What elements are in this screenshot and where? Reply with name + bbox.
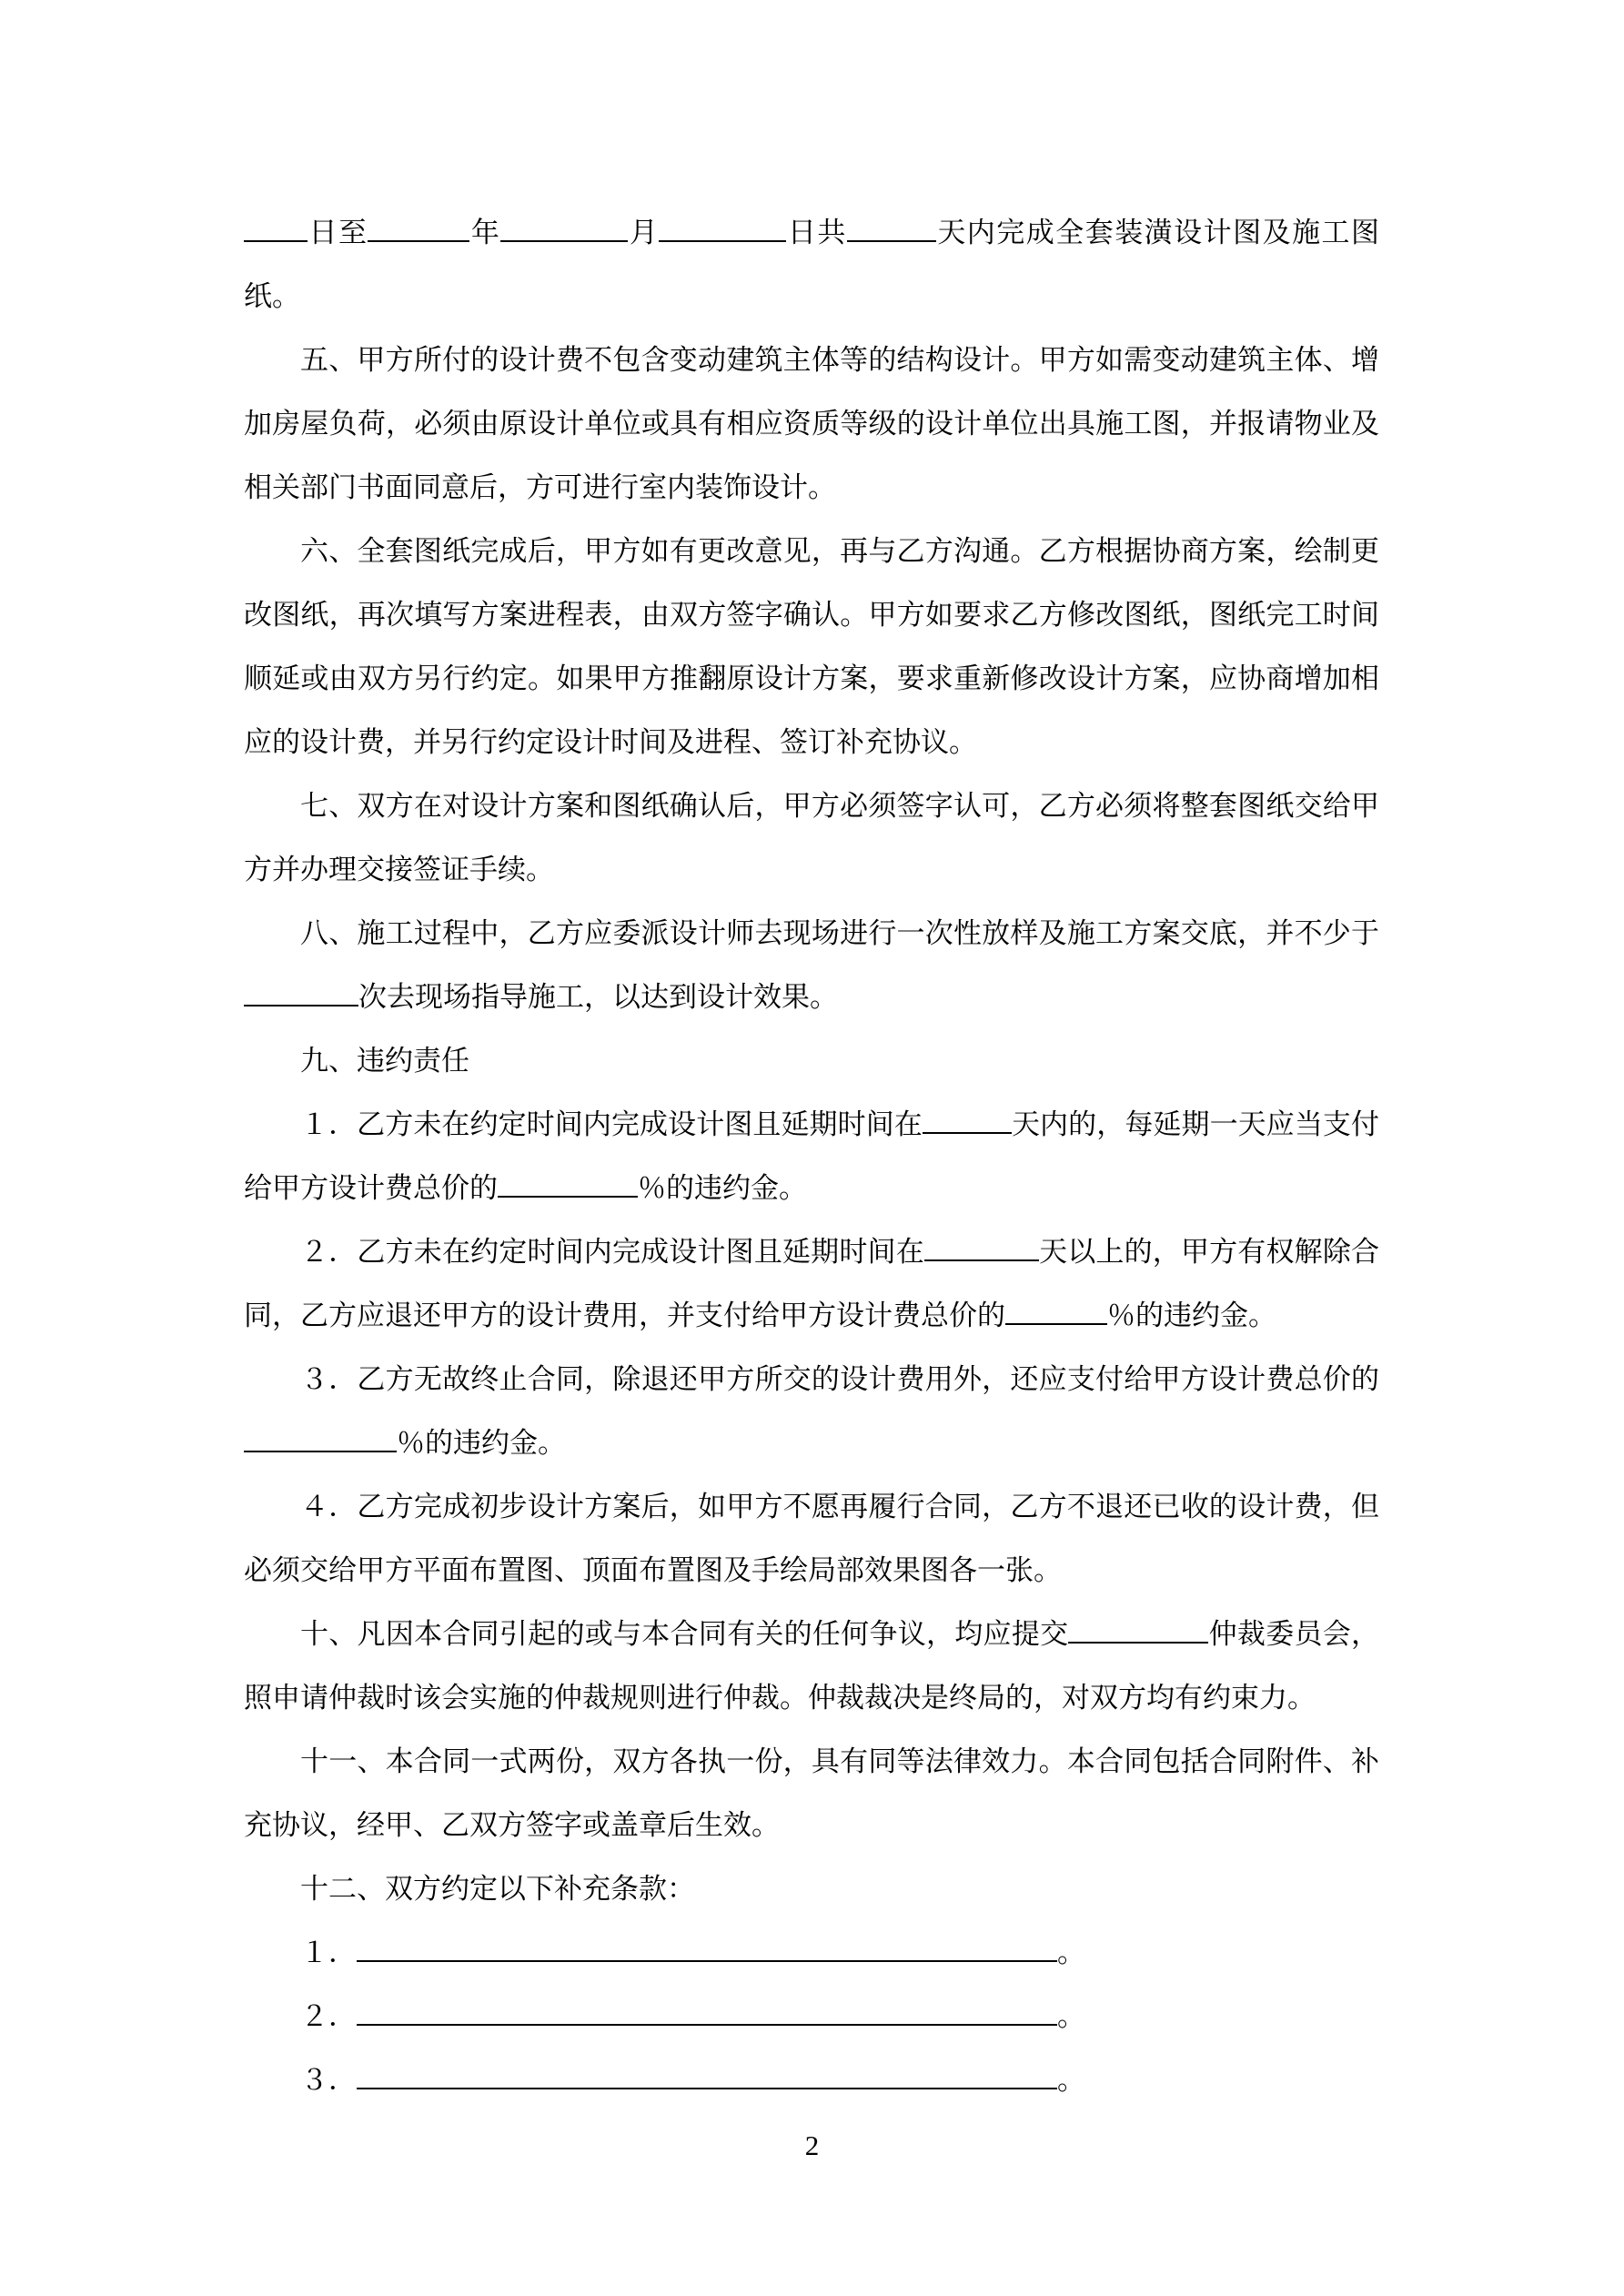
fill-in-blank (1068, 1638, 1208, 1644)
contract-line: 改图纸，再次填写方案进程表，由双方签字确认。甲方如要求乙方修改图纸，图纸完工时间 (244, 583, 1379, 647)
fill-in-blank (357, 2084, 1057, 2089)
contract-body-text: 日至年月日共天内完成全套装潢设计图及施工图纸。五、甲方所付的设计费不包含变动建筑… (244, 201, 1379, 2112)
contract-line: 七、双方在对设计方案和图纸确认后，甲方必须签字认可，乙方必须将整套图纸交给甲 (244, 774, 1379, 838)
contract-line: 五、甲方所付的设计费不包含变动建筑主体等的结构设计。甲方如需变动建筑主体、增 (244, 329, 1379, 392)
contract-line: 方并办理交接签证手续。 (244, 838, 1379, 902)
fill-in-blank (1005, 1320, 1107, 1325)
contract-line: ％的违约金。 (244, 1411, 1379, 1475)
document-page: { "document": { "language": "zh-CN", "ty… (0, 0, 1624, 2296)
page-number: 2 (0, 2114, 1624, 2178)
fill-in-blank (500, 237, 628, 242)
paragraph: ２．。 (244, 1985, 1379, 2048)
contract-line: 充协议，经甲、乙双方签字或盖章后生效。 (244, 1794, 1379, 1857)
contract-line: 照申请仲裁时该会实施的仲裁规则进行仲裁。仲裁裁决是终局的，对双方均有约束力。 (244, 1666, 1379, 1730)
fill-in-blank (368, 237, 469, 242)
paragraph: 六、全套图纸完成后，甲方如有更改意见，再与乙方沟通。乙方根据协商方案，绘制更改图… (244, 520, 1379, 774)
contract-line: 十、凡因本合同引起的或与本合同有关的任何争议，均应提交仲裁委员会，按 (244, 1603, 1379, 1666)
contract-line: ３．。 (244, 2048, 1379, 2112)
paragraph: 十、凡因本合同引起的或与本合同有关的任何争议，均应提交仲裁委员会，按照申请仲裁时… (244, 1603, 1379, 1730)
contract-line: 十一、本合同一式两份，双方各执一份，具有同等法律效力。本合同包括合同附件、补 (244, 1730, 1379, 1794)
contract-line: 加房屋负荷，必须由原设计单位或具有相应资质等级的设计单位出具施工图，并报请物业及 (244, 392, 1379, 456)
contract-line: ２．。 (244, 1985, 1379, 2048)
fill-in-blank (357, 2020, 1057, 2026)
paragraph: ３．。 (244, 2048, 1379, 2112)
contract-line: 日至年月日共天内完成全套装潢设计图及施工图 (244, 201, 1379, 265)
contract-line: 六、全套图纸完成后，甲方如有更改意见，再与乙方沟通。乙方根据协商方案，绘制更 (244, 520, 1379, 583)
fill-in-blank (847, 237, 936, 242)
contract-line: ３．乙方无故终止合同，除退还甲方所交的设计费用外，还应支付给甲方设计费总价的 (244, 1348, 1379, 1411)
fill-in-blank (659, 237, 786, 242)
paragraph: 十二、双方约定以下补充条款： (244, 1857, 1379, 1921)
paragraph: 七、双方在对设计方案和图纸确认后，甲方必须签字认可，乙方必须将整套图纸交给甲方并… (244, 774, 1379, 902)
paragraph: 日至年月日共天内完成全套装潢设计图及施工图纸。 (244, 201, 1379, 329)
paragraph: 五、甲方所付的设计费不包含变动建筑主体等的结构设计。甲方如需变动建筑主体、增加房… (244, 329, 1379, 520)
contract-line: 纸。 (244, 265, 1379, 329)
contract-line: 次去现场指导施工，以达到设计效果。 (244, 966, 1379, 1029)
paragraph: ４．乙方完成初步设计方案后，如甲方不愿再履行合同，乙方不退还已收的设计费，但必须… (244, 1475, 1379, 1603)
contract-line: 九、违约责任 (244, 1029, 1379, 1093)
contract-line: 给甲方设计费总价的％的违约金。 (244, 1157, 1379, 1220)
contract-line: ４．乙方完成初步设计方案后，如甲方不愿再履行合同，乙方不退还已收的设计费，但 (244, 1475, 1379, 1539)
contract-line: １．乙方未在约定时间内完成设计图且延期时间在天内的，每延期一天应当支付 (244, 1093, 1379, 1157)
fill-in-blank (923, 1128, 1012, 1134)
paragraph: ３．乙方无故终止合同，除退还甲方所交的设计费用外，还应支付给甲方设计费总价的％的… (244, 1348, 1379, 1475)
paragraph: １．乙方未在约定时间内完成设计图且延期时间在天内的，每延期一天应当支付给甲方设计… (244, 1093, 1379, 1220)
paragraph: ２．乙方未在约定时间内完成设计图且延期时间在天以上的，甲方有权解除合同，乙方应退… (244, 1220, 1379, 1348)
contract-line: １．。 (244, 1921, 1379, 1985)
contract-line: 必须交给甲方平面布置图、顶面布置图及手绘局部效果图各一张。 (244, 1539, 1379, 1603)
contract-line: ２．乙方未在约定时间内完成设计图且延期时间在天以上的，甲方有权解除合 (244, 1220, 1379, 1284)
paragraph: 九、违约责任 (244, 1029, 1379, 1093)
contract-line: 同，乙方应退还甲方的设计费用，并支付给甲方设计费总价的％的违约金。 (244, 1284, 1379, 1348)
fill-in-blank (924, 1256, 1039, 1261)
contract-line: 顺延或由双方另行约定。如果甲方推翻原设计方案，要求重新修改设计方案，应协商增加相 (244, 647, 1379, 711)
fill-in-blank (244, 1447, 397, 1452)
paragraph: 八、施工过程中，乙方应委派设计师去现场进行一次性放样及施工方案交底，并不少于次去… (244, 902, 1379, 1029)
paragraph: 十一、本合同一式两份，双方各执一份，具有同等法律效力。本合同包括合同附件、补充协… (244, 1730, 1379, 1857)
contract-line: 八、施工过程中，乙方应委派设计师去现场进行一次性放样及施工方案交底，并不少于 (244, 902, 1379, 966)
paragraph: １．。 (244, 1921, 1379, 1985)
fill-in-blank (498, 1192, 638, 1198)
contract-line: 应的设计费，并另行约定设计时间及进程、签订补充协议。 (244, 711, 1379, 774)
contract-line: 十二、双方约定以下补充条款： (244, 1857, 1379, 1921)
fill-in-blank (357, 1957, 1057, 1962)
contract-line: 相关部门书面同意后，方可进行室内装饰设计。 (244, 456, 1379, 520)
fill-in-blank (244, 237, 308, 242)
fill-in-blank (244, 1001, 358, 1006)
